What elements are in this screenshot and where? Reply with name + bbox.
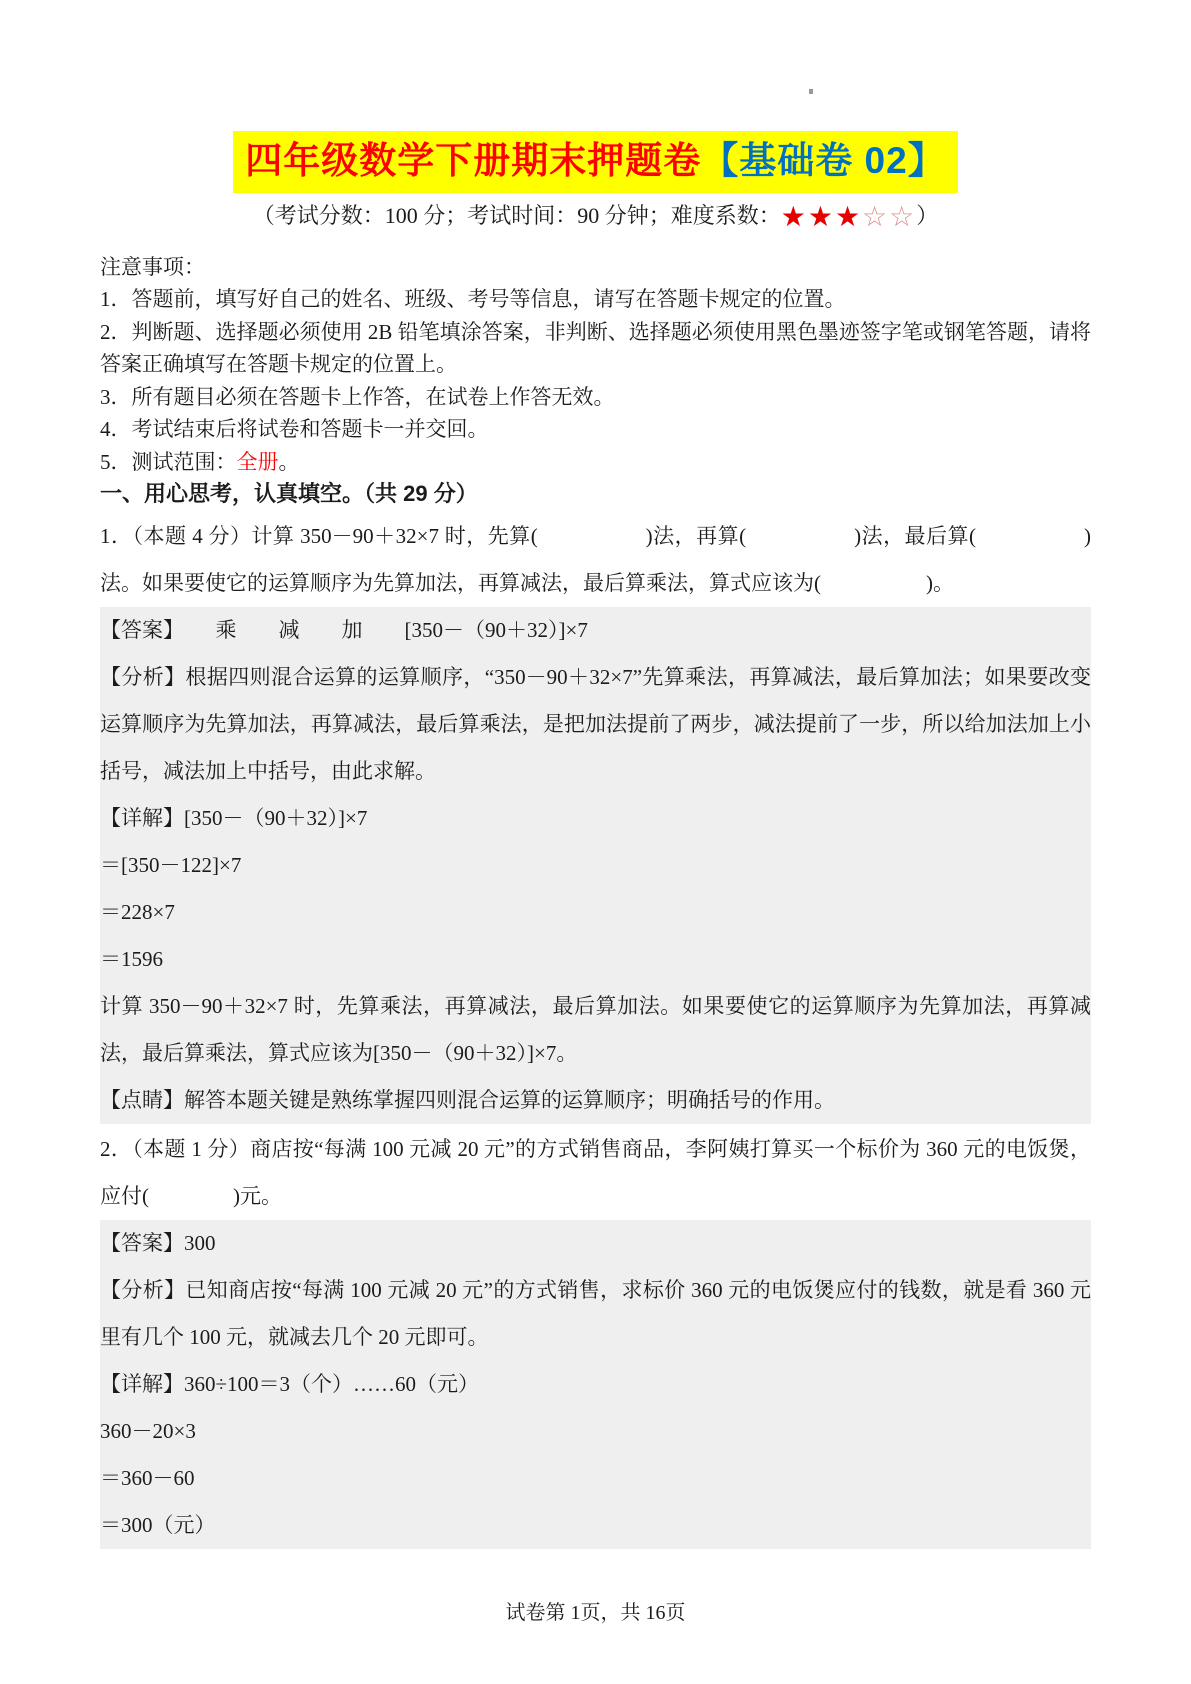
q1-detail-line: 【详解】[350－（90＋32）]×7 xyxy=(100,795,1091,842)
answer-block-2: 【答案】300 【分析】已知商店按“每满 100 元减 20 元”的方式销售，求… xyxy=(100,1220,1091,1549)
notice-item-5: 5．测试范围：全册。 xyxy=(100,446,1091,479)
test-scope-highlight: 全册 xyxy=(237,450,279,474)
notice-heading: 注意事项： xyxy=(100,251,1091,284)
answer-block-1: 【答案】 乘 减 加 [350－（90＋32）]×7 【分析】根据四则混合运算的… xyxy=(100,607,1091,1124)
star-empty-icon: ☆☆ xyxy=(862,202,916,233)
q1-answer-line: 【答案】 乘 减 加 [350－（90＋32）]×7 xyxy=(100,607,1091,654)
exam-info-line: （考试分数：100 分；考试时间：90 分钟；难度系数：★★★☆☆） xyxy=(100,196,1091,238)
exam-paper-page: 四年级数学下册期末押题卷【基础卷 02】 （考试分数：100 分；考试时间：90… xyxy=(0,0,1191,1684)
title-highlight: 四年级数学下册期末押题卷【基础卷 02】 xyxy=(233,131,957,193)
page-title: 四年级数学下册期末押题卷【基础卷 02】 xyxy=(100,131,1091,193)
q2-detail-line: 【详解】360÷100＝3（个）……60（元） xyxy=(100,1361,1091,1408)
q2-analysis-paragraph: 【分析】已知商店按“每满 100 元减 20 元”的方式销售，求标价 360 元… xyxy=(100,1267,1091,1361)
notice-item-5-suffix: 。 xyxy=(279,450,300,474)
q1-detail-line: ＝1596 xyxy=(100,936,1091,983)
title-main-text: 四年级数学下册期末押题卷 xyxy=(245,140,701,181)
question-2-text: 2．（本题 1 分）商店按“每满 100 元减 20 元”的方式销售商品，李阿姨… xyxy=(100,1126,1091,1220)
notice-item-1: 1．答题前，填写好自己的姓名、班级、考号等信息，请写在答题卡规定的位置。 xyxy=(100,283,1091,316)
q2-detail-line: 360－20×3 xyxy=(100,1408,1091,1455)
exam-info-text: （考试分数：100 分；考试时间：90 分钟；难度系数： xyxy=(253,203,781,228)
title-volume-text: 【基础卷 02】 xyxy=(701,140,945,181)
q1-summary-paragraph: 计算 350－90＋32×7 时，先算乘法，再算减法，最后算加法。如果要使它的运… xyxy=(100,983,1091,1077)
q1-detail-line: ＝[350－122]×7 xyxy=(100,842,1091,889)
q1-tip-line: 【点睛】解答本题关键是熟练掌握四则混合运算的运算顺序；明确括号的作用。 xyxy=(100,1077,1091,1124)
difficulty-stars: ★★★☆☆ xyxy=(781,203,917,228)
notice-item-3: 3．所有题目必须在答题卡上作答，在试卷上作答无效。 xyxy=(100,381,1091,414)
page-footer: 试卷第 1页，共 16页 xyxy=(0,1598,1191,1628)
question-1-text: 1．（本题 4 分）计算 350－90＋32×7 时，先算( )法，再算( )法… xyxy=(100,513,1091,607)
star-filled-icon: ★★★ xyxy=(781,202,862,233)
q1-detail-line: ＝228×7 xyxy=(100,889,1091,936)
q2-detail-line: ＝300（元） xyxy=(100,1502,1091,1549)
page-content: 四年级数学下册期末押题卷【基础卷 02】 （考试分数：100 分；考试时间：90… xyxy=(100,0,1091,1549)
q1-analysis-paragraph: 【分析】根据四则混合运算的运算顺序，“350－90＋32×7”先算乘法，再算减法… xyxy=(100,654,1091,795)
section-1-heading: 一、用心思考，认真填空。（共 29 分） xyxy=(100,478,1091,511)
notice-section: 注意事项： 1．答题前，填写好自己的姓名、班级、考号等信息，请写在答题卡规定的位… xyxy=(100,251,1091,511)
notice-item-4: 4．考试结束后将试卷和答题卡一并交回。 xyxy=(100,413,1091,446)
notice-item-2: 2．判断题、选择题必须使用 2B 铅笔填涂答案，非判断、选择题必须使用黑色墨迹签… xyxy=(100,316,1091,381)
notice-item-5-prefix: 5．测试范围： xyxy=(100,450,237,474)
q2-detail-line: ＝360－60 xyxy=(100,1455,1091,1502)
q2-answer-line: 【答案】300 xyxy=(100,1220,1091,1267)
exam-info-close: ） xyxy=(916,203,938,228)
